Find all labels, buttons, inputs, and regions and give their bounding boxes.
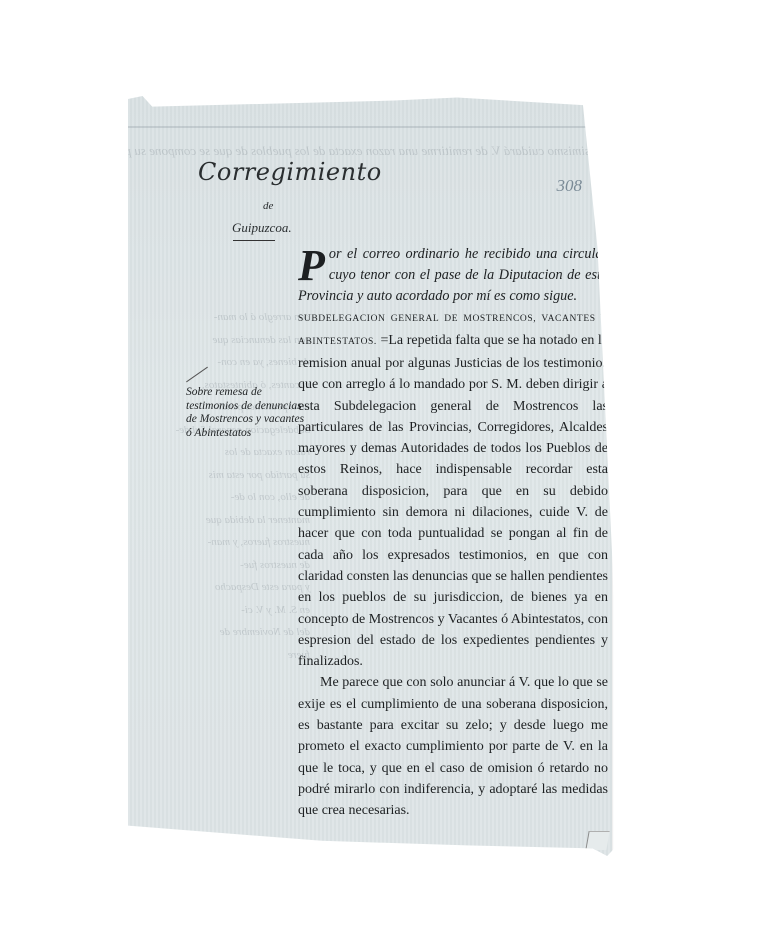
document-sheet: Asimismo cuidará V. de remitirme una raz…	[128, 96, 612, 856]
circular-paragraph: SUBDELEGACION GENERAL DE MOSTRENCOS, VAC…	[298, 307, 608, 672]
office-heading: Corregimiento	[198, 158, 382, 186]
archive-number: 308	[557, 176, 583, 196]
drop-cap: P	[298, 248, 325, 284]
fold-crease	[128, 126, 612, 128]
document-body: P or el correo ordinario he recibido una…	[298, 244, 608, 822]
bleed-through-text-left: con arreglo á lo man- con las denuncias …	[180, 306, 310, 666]
margin-note: Sobre remesa de testimonios de denuncias…	[186, 386, 306, 440]
intro-paragraph: P or el correo ordinario he recibido una…	[298, 244, 608, 307]
folded-corner	[585, 831, 609, 850]
province-name: Guipuzcoa.	[232, 220, 292, 236]
heading-flourish	[233, 240, 275, 241]
closing-paragraph: Me parece que con solo anunciar á V. que…	[298, 672, 608, 821]
office-preposition: de	[263, 200, 273, 212]
intro-text: or el correo ordinario he recibido una c…	[298, 246, 608, 304]
paragraph-1-text: =La repetida falta que se ha notado en l…	[298, 333, 608, 669]
